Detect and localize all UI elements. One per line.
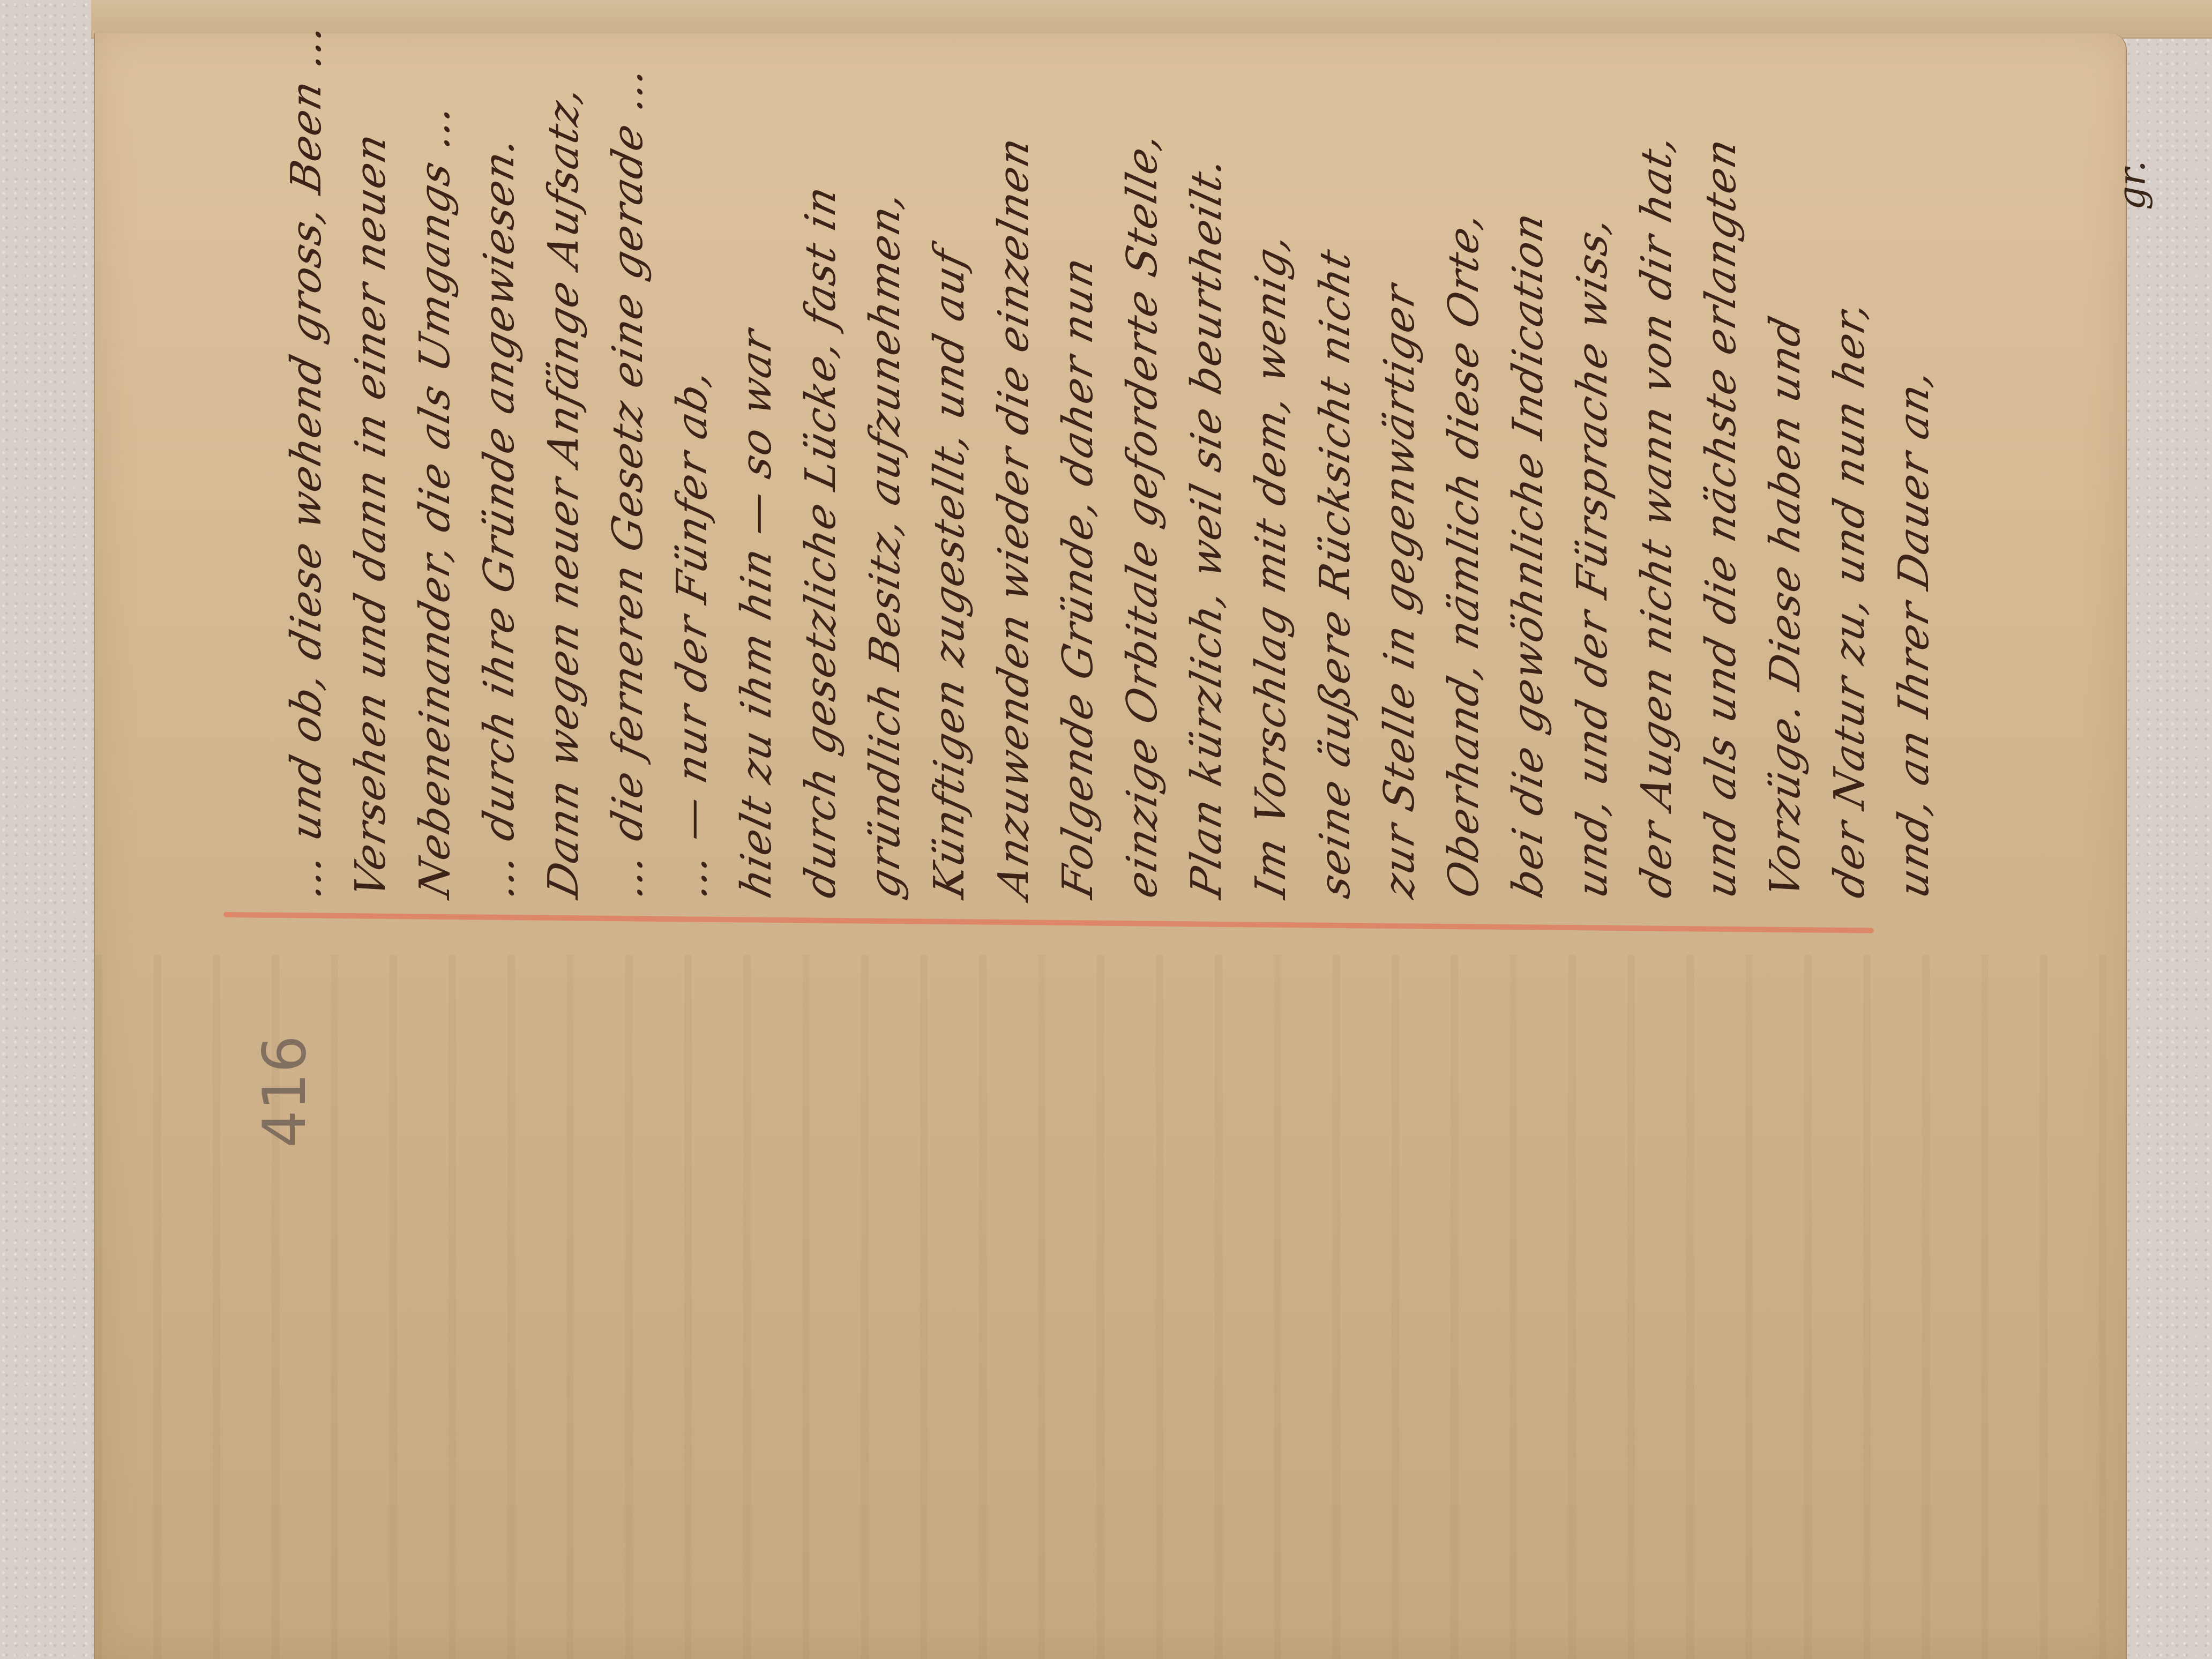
text-line: und, und der Fürsprache wiss, [1568, 211, 1617, 903]
text-line: Künftigen zugestellt, und auf [925, 243, 974, 902]
catchword: gr. [2110, 160, 2154, 210]
text-line: Nebeneinander, die als Umgangs … [411, 99, 459, 903]
text-line: einzige Orbitale geforderte Stelle, [1118, 127, 1167, 902]
text-line: … die ferneren Gesetz eine gerade … [604, 61, 652, 902]
page-number: 416 [250, 1035, 319, 1148]
text-line: Dann wegen neuer Anfänge Aufsatz, [540, 81, 588, 903]
text-line: Versehen und dann in einer neuen [347, 128, 395, 902]
handwritten-text-block: … und ob, diese wehend gross, Been … Ver… [202, 33, 2078, 917]
text-line: hielt zu ihm hin — so war [733, 324, 781, 902]
text-line: seine äußere Rücksicht nicht [1311, 244, 1359, 902]
text-line: durch gesetzliche Lücke, fast in [797, 181, 845, 903]
text-line: und, an Ihrer Dauer an, [1890, 364, 1938, 903]
text-line: gründlich Besitz, aufzunehmen, [861, 186, 909, 903]
manuscript-page: 416 gr. … und ob, diese wehend gross, Be… [94, 33, 2127, 1659]
text-line: Plan kürzlich, weil sie beurtheilt. [1183, 152, 1231, 903]
text-line: bei die gewöhnliche Indication [1504, 207, 1552, 903]
text-line: Anzuwenden wieder die einzelnen [990, 132, 1038, 903]
text-line: und als und die nächste erlangten [1697, 133, 1745, 903]
text-line: der Augen nicht wann von dir hat, [1633, 129, 1681, 902]
text-line: … durch ihre Gründe angewiesen. [475, 131, 524, 903]
text-line: zur Stelle in gegenwärtiger [1376, 279, 1424, 902]
text-line: … und ob, diese wehend gross, Been … [282, 18, 331, 903]
text-line: Vorzüge. Diese haben und [1761, 311, 1810, 903]
text-line: … — nur der Fünfer ab, [668, 364, 716, 903]
text-line: Im Vorschlag mit dem, wenig, [1247, 228, 1295, 902]
text-line: Folgende Gründe, daher nun [1054, 252, 1102, 903]
bleed-through-text [95, 955, 2126, 1659]
text-line: Oberhand, nämlich diese Orte, [1440, 206, 1488, 902]
text-line: der Natur zu, und nun her, [1826, 296, 1874, 903]
